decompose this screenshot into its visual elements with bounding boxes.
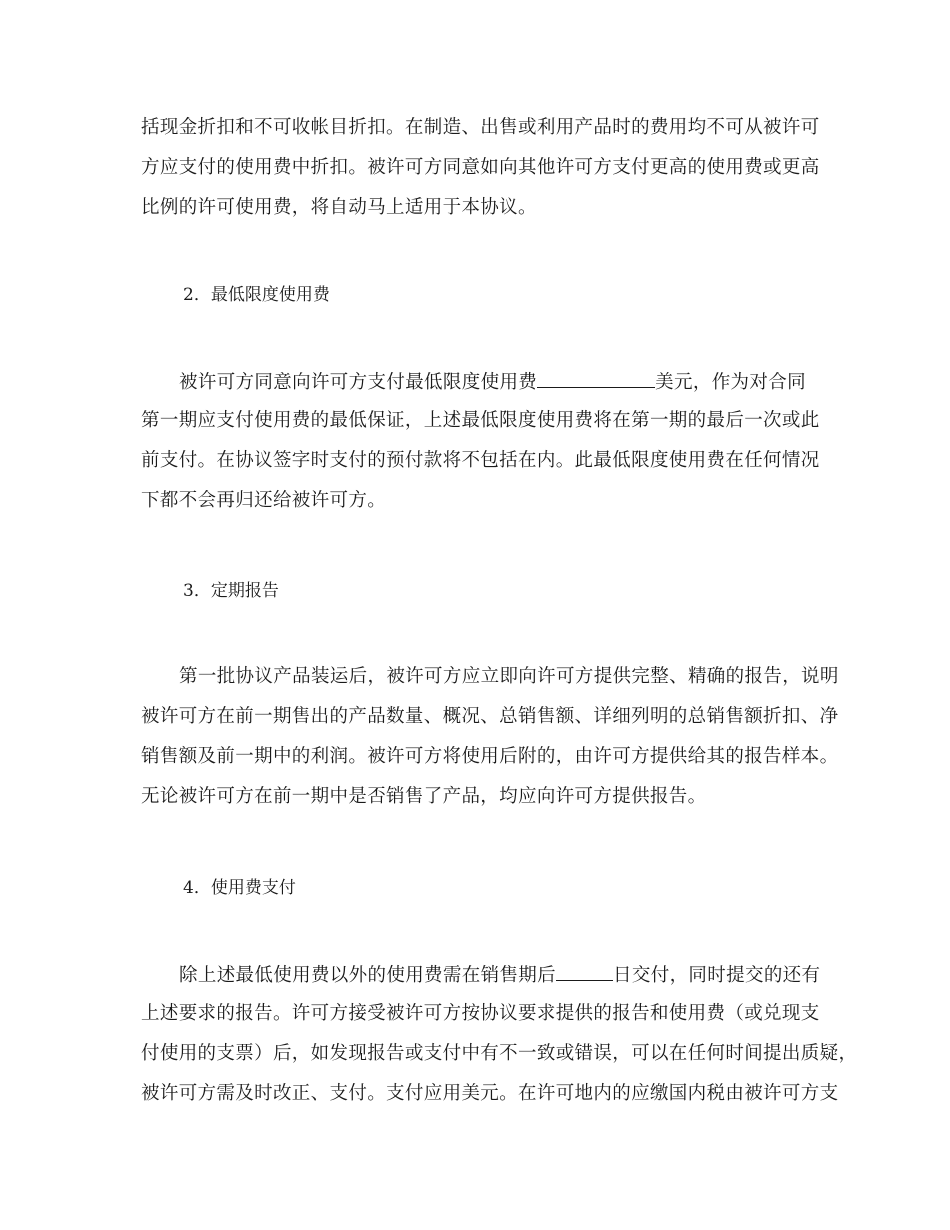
text-segment: 日交付，同时提交的还有	[613, 965, 820, 986]
days-blank-field[interactable]	[556, 962, 613, 981]
amount-blank-field[interactable]	[537, 369, 655, 388]
paragraph-line: 被许可方同意向许可方支付最低限度使用费美元，作为对合同	[179, 369, 851, 395]
paragraph-line: 被许可方在前一期售出的产品数量、概况、总销售额、详细列明的总销售额折扣、净	[141, 705, 813, 729]
paragraph-line: 比例的许可使用费，将自动马上适用于本协议。	[141, 196, 813, 220]
paragraph-line: 除上述最低使用费以外的使用费需在销售期后日交付，同时提交的还有	[179, 962, 851, 988]
text-segment: 美元，作为对合同	[655, 372, 806, 393]
paragraph-line: 括现金折扣和不可收帐目折扣。在制造、出售或利用产品时的费用均不可从被许可	[141, 116, 813, 140]
paragraph-line: 前支付。在协议签字时支付的预付款将不包括在内。此最低限度使用费在任何情况	[141, 449, 813, 473]
document-page: 括现金折扣和不可收帐目折扣。在制造、出售或利用产品时的费用均不可从被许可 方应支…	[0, 0, 950, 1230]
section-heading-royalty-payment: 4．使用费支付	[183, 876, 296, 900]
paragraph-line: 上述要求的报告。许可方接受被许可方按协议要求提供的报告和使用费（或兑现支	[141, 1002, 813, 1026]
section-heading-periodic-report: 3．定期报告	[183, 579, 279, 603]
paragraph-line: 无论被许可方在前一期中是否销售了产品，均应向许可方提供报告。	[141, 785, 813, 809]
text-segment: 除上述最低使用费以外的使用费需在销售期后	[179, 965, 556, 986]
paragraph-line: 第一批协议产品装运后，被许可方应立即向许可方提供完整、精确的报告，说明	[179, 665, 851, 689]
text-segment: 被许可方同意向许可方支付最低限度使用费	[179, 372, 537, 393]
paragraph-line: 下都不会再归还给被许可方。	[141, 489, 813, 513]
section-heading-minimum-royalty: 2．最低限度使用费	[183, 283, 330, 307]
paragraph-line: 方应支付的使用费中折扣。被许可方同意如向其他许可方支付更高的使用费或更高	[141, 156, 813, 180]
paragraph-line: 付使用的支票）后，如发现报告或支付中有不一致或错误，可以在任何时间提出质疑，	[141, 1042, 813, 1066]
paragraph-line: 第一期应支付使用费的最低保证，上述最低限度使用费将在第一期的最后一次或此	[141, 409, 813, 433]
paragraph-line: 销售额及前一期中的利润。被许可方将使用后附的，由许可方提供给其的报告样本。	[141, 745, 813, 769]
paragraph-line: 被许可方需及时改正、支付。支付应用美元。在许可地内的应缴国内税由被许可方支	[141, 1082, 813, 1106]
